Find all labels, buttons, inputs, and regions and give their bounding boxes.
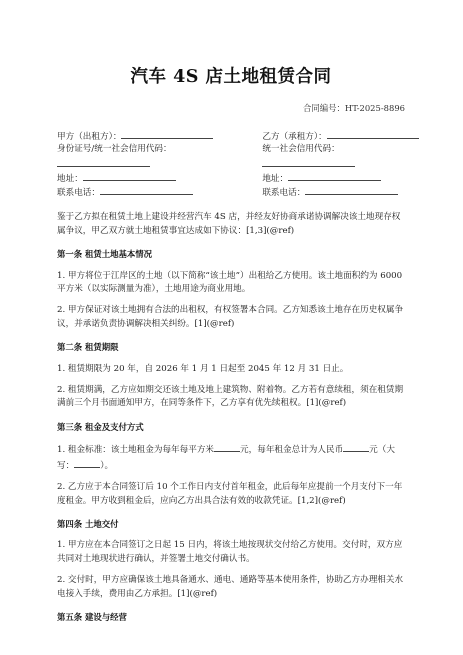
address-a-blank <box>83 171 176 181</box>
id-a-blank <box>57 157 150 167</box>
address-a-label: 地址： <box>57 174 83 184</box>
phone-b-field: 联系电话： <box>262 185 405 199</box>
party-a-blank <box>121 129 213 139</box>
address-b-field: 地址： <box>262 171 405 185</box>
party-b-field: 乙方（承租方）： <box>262 129 405 143</box>
rent-per-sqm-blank <box>214 442 240 452</box>
id-b-blank <box>262 157 355 167</box>
id-b-field: 统一社会信用代码： <box>262 143 405 157</box>
contract-page: 汽车 4S 店土地租赁合同 合同编号：HT-2025-8896 甲方（出租方）：… <box>0 0 463 624</box>
address-b-blank <box>288 171 381 181</box>
rent-total-blank <box>343 442 369 452</box>
address-a-field: 地址： <box>57 171 262 185</box>
rent-clause: 1. 租金标准：该土地租金为每年每平方米元，每年租金总计为人民币元（大写：）。 <box>57 442 405 473</box>
party-a-label: 甲方（出租方）： <box>57 132 121 142</box>
section-title: 第五条 建设与经营 <box>57 611 405 624</box>
section-title: 第一条 租赁土地基本情况 <box>57 248 405 261</box>
clause: 2. 甲方保证对该土地拥有合法的出租权，有权签署本合同。乙方知悉该土地存在历史权… <box>57 304 405 331</box>
clause: 1. 甲方应在本合同签订之日起 15 日内，将该土地按现状交付给乙方使用。交付时… <box>57 539 405 566</box>
clause: 1. 租赁期限为 20 年，自 2026 年 1 月 1 日起至 2045 年 … <box>57 363 405 376</box>
phone-a-field: 联系电话： <box>57 185 262 199</box>
section-title: 第二条 租赁期限 <box>57 341 405 354</box>
clause: 2. 租赁期满，乙方应如期交还该土地及地上建筑物、附着物。乙方若有意续租，须在租… <box>57 384 405 411</box>
parties-block: 甲方（出租方）： 乙方（承租方）： 身份证号/统一社会信用代码： 统一社会信用代… <box>57 129 405 199</box>
id-a-label: 身份证号/统一社会信用代码： <box>57 144 172 154</box>
rent-text: ）。 <box>100 461 113 471</box>
phone-a-label: 联系电话： <box>57 188 100 198</box>
document-title: 汽车 4S 店土地租赁合同 <box>57 0 405 88</box>
intro-paragraph: 鉴于乙方拟在租赁土地上建设并经营汽车 4S 店，并经友好协商承诺协调解决该土地现… <box>57 211 405 238</box>
party-a-field: 甲方（出租方）： <box>57 129 262 143</box>
id-a-field: 身份证号/统一社会信用代码： <box>57 143 262 157</box>
address-b-label: 地址： <box>262 174 288 184</box>
section-title: 第四条 土地交付 <box>57 518 405 531</box>
clause: 2. 乙方应于本合同签订后 10 个工作日内支付首年租金，此后每年应提前一个月支… <box>57 481 405 508</box>
party-b-blank <box>327 129 419 139</box>
phone-b-label: 联系电话： <box>262 188 305 198</box>
contract-number: 合同编号：HT-2025-8896 <box>57 102 405 115</box>
rent-text: 1. 租金标准：该土地租金为每年每平方米 <box>57 445 214 455</box>
phone-a-blank <box>100 185 193 195</box>
party-b-label: 乙方（承租方）： <box>262 132 326 142</box>
clause: 2. 交付时，甲方应确保该土地具备通水、通电、通路等基本使用条件，协助乙方办理相… <box>57 574 405 601</box>
phone-b-blank <box>305 185 398 195</box>
section-title: 第三条 租金及支付方式 <box>57 421 405 434</box>
rent-uppercase-blank <box>74 458 100 468</box>
clause: 1. 甲方将位于江岸区的土地（以下简称“该土地”）出租给乙方使用。该土地面积约为… <box>57 270 405 297</box>
id-b-label: 统一社会信用代码： <box>262 144 339 154</box>
rent-text: 元，每年租金总计为人民币 <box>240 445 343 455</box>
